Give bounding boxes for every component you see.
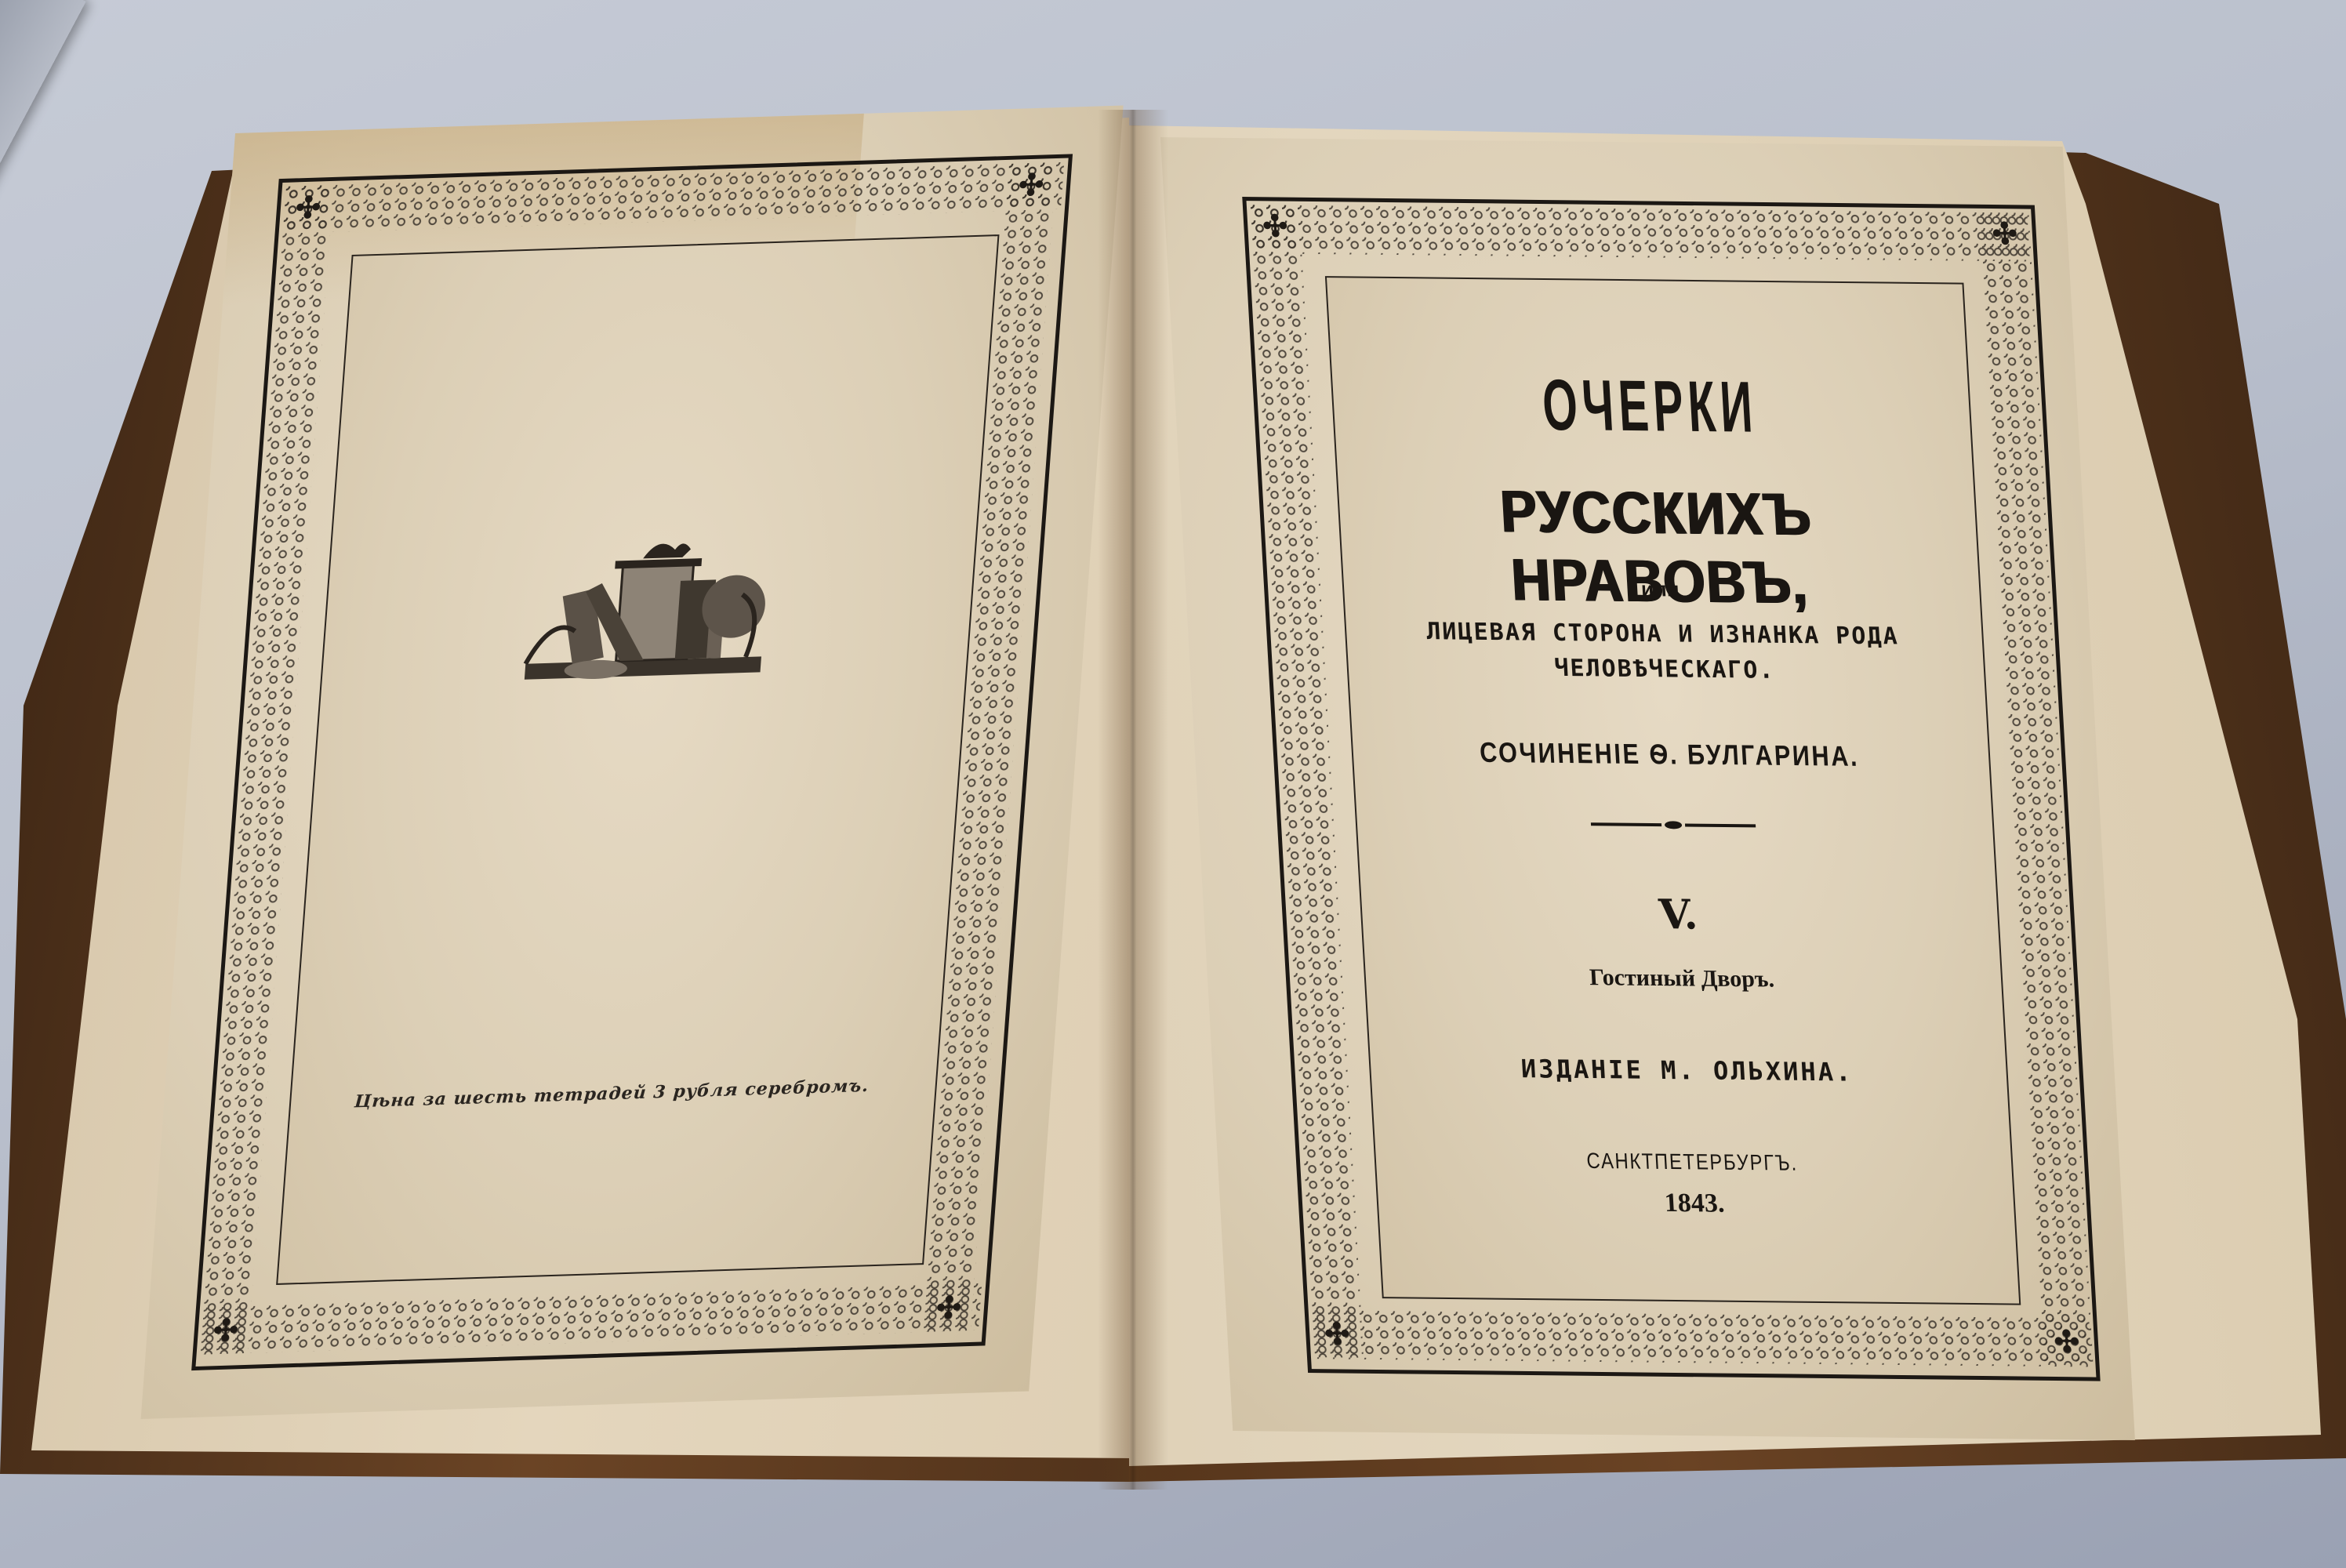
right-page-title-page: ✣ ✣ ✣ ✣ ОЧЕРКИ РУССКИХЪ НРАВОВЪ, или ЛИЦ…: [1160, 137, 2135, 1440]
engraved-vignette-icon: [507, 523, 787, 704]
book-gutter: [1098, 110, 1168, 1490]
corner-ornament-icon: ✣: [1988, 218, 2021, 249]
corner-ornament-icon: ✣: [931, 1291, 965, 1323]
lace-border-bottom: [1313, 1310, 2092, 1367]
left-page: ✣ ✣ ✣ ✣ Цѣна за шесть тетрадей 3 рубля с…: [141, 105, 1124, 1419]
inner-frame: [276, 234, 999, 1285]
author-line: СОЧИНЕНІЕ Ѳ. БУЛГАРИНА.: [1398, 735, 1940, 774]
book-title: ОЧЕРКИ: [1451, 364, 1849, 450]
volume-number: V.: [1360, 887, 1998, 942]
book: ✣ ✣ ✣ ✣ Цѣна за шесть тетрадей 3 рубля с…: [0, 0, 2346, 1568]
lace-border-top: [1251, 205, 2030, 261]
corner-ornament-icon: ✣: [2050, 1326, 2083, 1357]
corner-ornament-icon: ✣: [292, 191, 325, 223]
corner-ornament-icon: ✣: [1258, 210, 1291, 241]
corner-ornament-icon: ✣: [209, 1314, 242, 1346]
corner-ornament-icon: ✣: [1015, 169, 1048, 201]
corner-ornament-icon: ✣: [1320, 1318, 1353, 1349]
